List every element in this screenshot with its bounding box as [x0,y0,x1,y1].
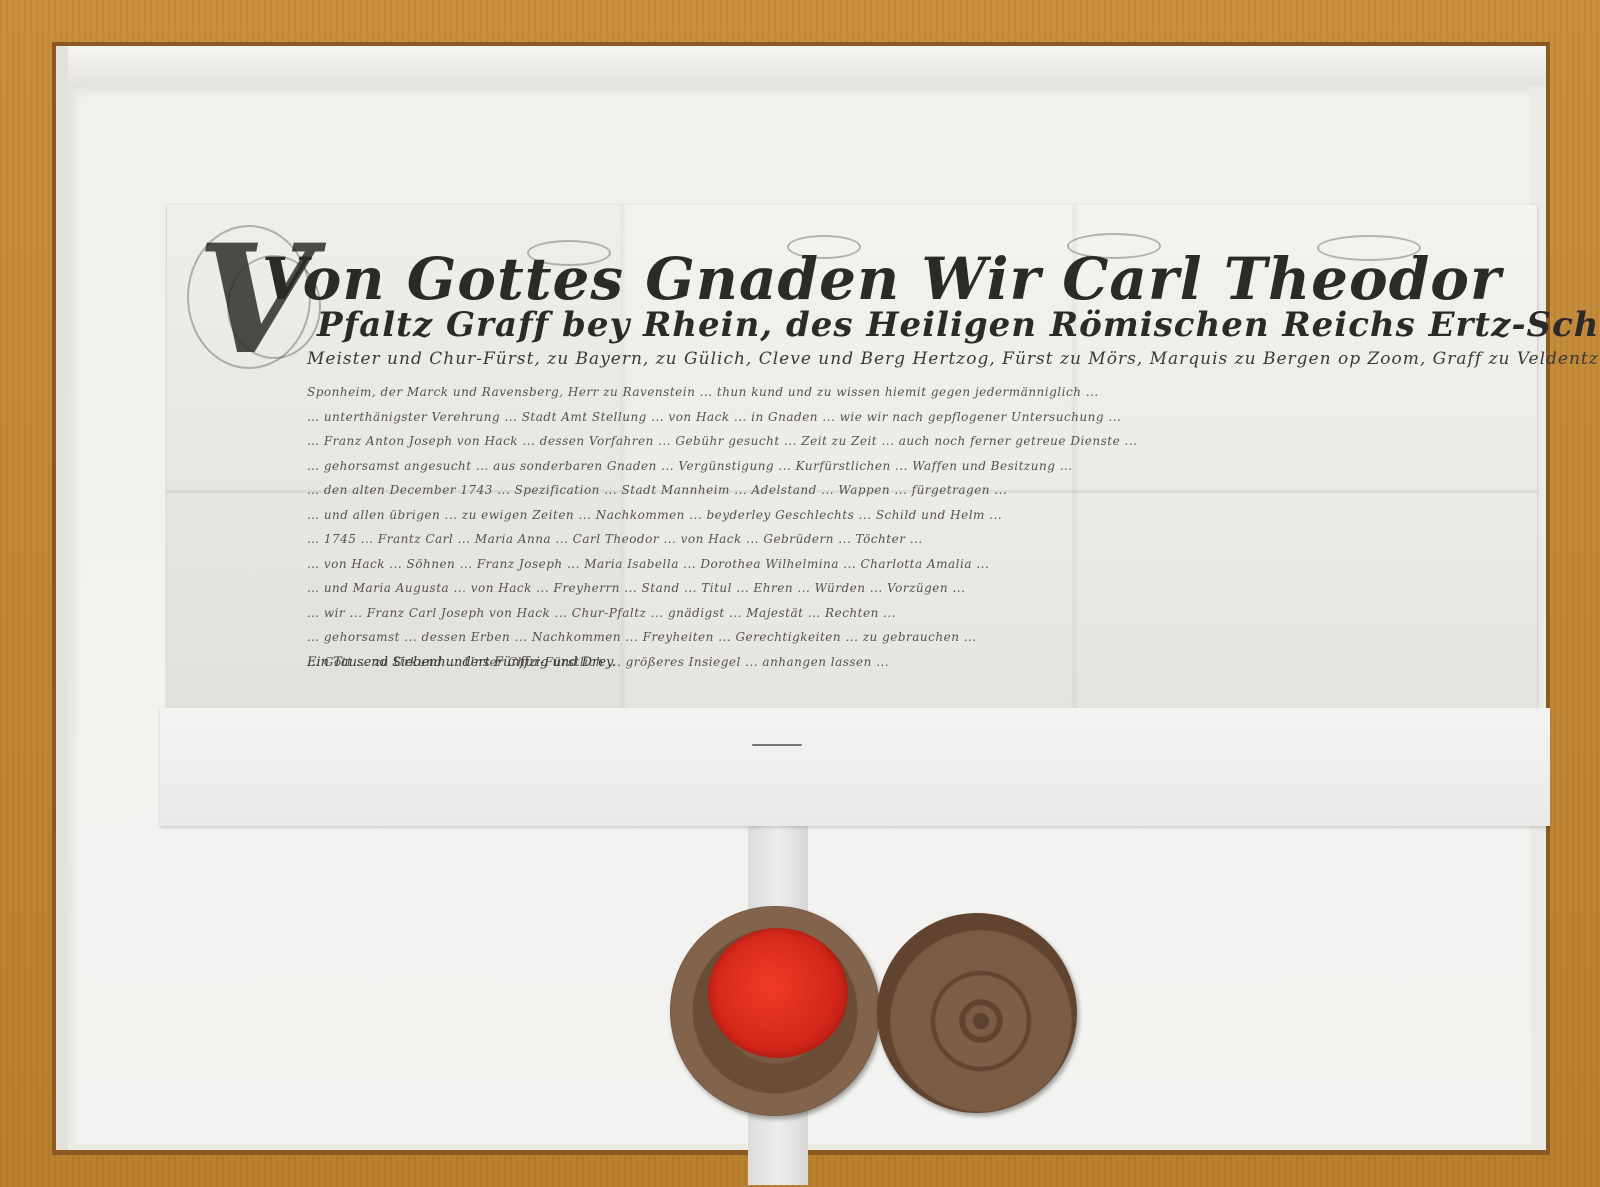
seal-capsule-lid [877,913,1077,1113]
red-wax-seal [708,928,848,1058]
mat-top-bevel [56,46,1546,86]
title-line-3: Meister und Chur-Fürst, zu Bayern, zu Gü… [307,349,1599,369]
title-line-1: Von Gottes Gnaden Wir Carl Theodor [262,245,1502,313]
body-line: … den alten December 1743 ... Spezificat… [307,478,1507,503]
body-line: … von Hack ... Söhnen ... Franz Joseph .… [307,552,1507,577]
title-line-2: Pfaltz Graff bey Rhein, des Heiligen Röm… [317,305,1600,345]
body-line: Sponheim, der Marck und Ravensberg, Herr… [307,380,1507,405]
body-line: … 1745 ... Frantz Carl ... Maria Anna ..… [307,527,1507,552]
body-line: … wir ... Franz Carl Joseph von Hack ...… [307,601,1507,626]
seal-capsule-base [670,906,880,1116]
charter-document: V Von Gottes Gnaden Wir Carl Theodor Pfa… [167,205,1537,708]
body-line: … Franz Anton Joseph von Hack ... dessen… [307,429,1507,454]
charter-body-text: Sponheim, der Marck und Ravensberg, Herr… [307,380,1507,674]
body-line: … gehorsamst angesucht ... aus sonderbar… [307,454,1507,479]
body-line: … gehorsamst ... dessen Erben ... Nachko… [307,625,1507,650]
document-fold-flap [160,708,1550,826]
closing-date-line: Ein Tausend Siebenhundert Fünffzig und D… [307,655,616,670]
body-line: … und Maria Augusta ... von Hack ... Fre… [307,576,1507,601]
body-line: … und allen übrigen ... zu ewigen Zeiten… [307,503,1507,528]
body-line: … unterthänigster Verehrung ... Stadt Am… [307,405,1507,430]
ribbon-slit [752,744,802,746]
